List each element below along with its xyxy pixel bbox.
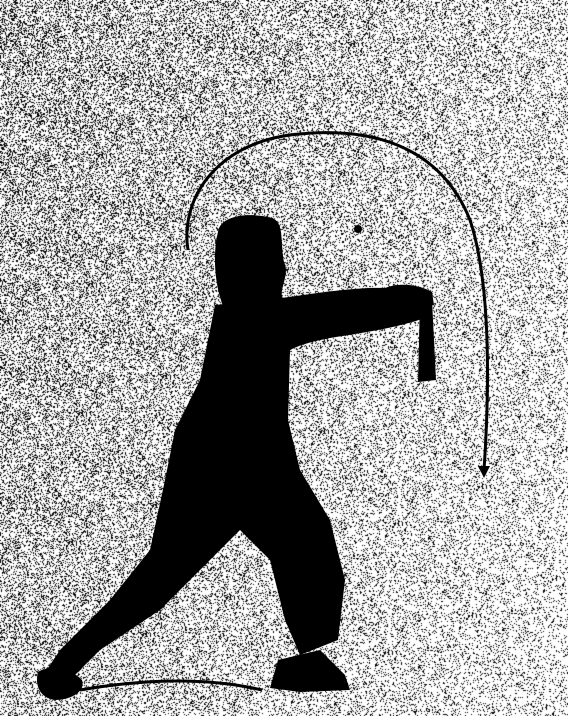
halftone-photo — [0, 0, 568, 716]
martial-artist-figure — [0, 0, 568, 716]
arc-arrowhead — [478, 466, 490, 478]
silhouette — [37, 215, 436, 700]
